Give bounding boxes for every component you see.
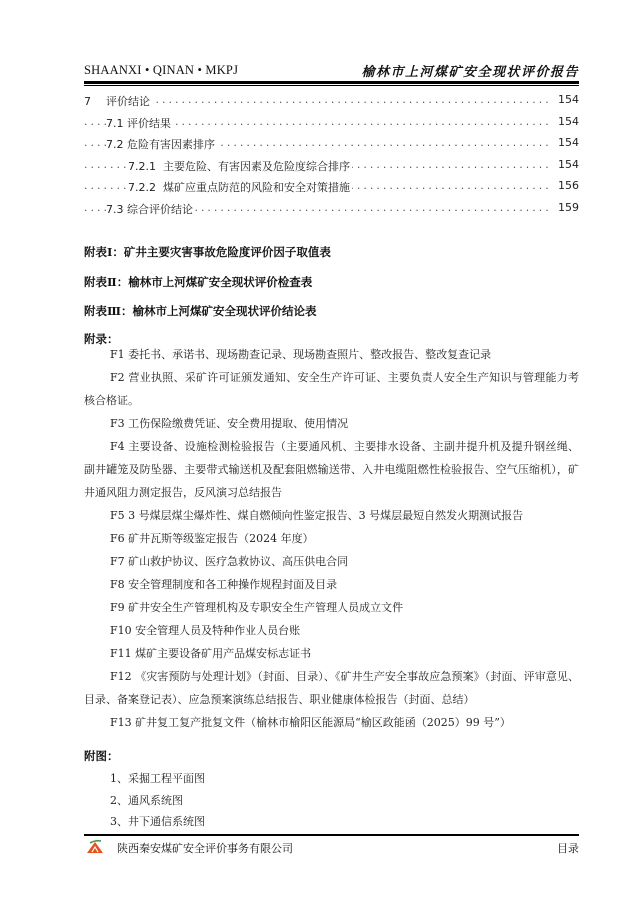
appendix-item: F5 3 号煤层煤尘爆炸性、煤自燃倾向性鉴定报告、3 号煤层最短自然发火期测试报… — [84, 504, 579, 527]
toc-page: 154 — [555, 136, 579, 149]
toc-entry[interactable]: ........................................… — [84, 198, 579, 220]
toc-number: 7.2.2 — [128, 181, 156, 194]
page-header: SHAANXI • QINAN • MKPJ 榆林市上河煤矿安全现状评价报告 — [84, 60, 579, 80]
figure-item: 1、采掘工程平面图 — [110, 770, 205, 786]
header-report-title: 榆林市上河煤矿安全现状评价报告 — [361, 61, 579, 80]
toc-title: 煤矿应重点防范的风险和安全对策措施 — [163, 181, 350, 194]
figures-heading: 附图： — [84, 748, 119, 764]
figure-item: 2、通风系统图 — [110, 792, 183, 808]
appendix-list: F1 委托书、承诺书、现场勘查记录、现场勘查照片、整改报告、整改复查记录 F2 … — [84, 343, 579, 734]
toc-number: 7.3 — [106, 203, 124, 216]
appendix-item: F12 《灾害预防与处理计划》（封面、目录）、《矿井生产安全事故应急预案》（封面… — [84, 665, 579, 711]
footer-rule — [84, 834, 579, 836]
appendix-item: F9 矿井安全生产管理机构及专职安全生产管理人员成立文件 — [84, 596, 579, 619]
header-rule-thick — [84, 81, 579, 84]
toc-title: 评价结果 — [127, 117, 171, 130]
toc-page: 154 — [555, 158, 579, 171]
toc-title: 综合评价结论 — [127, 203, 193, 216]
appendix-item: F8 安全管理制度和各工种操作规程封面及目录 — [84, 573, 579, 596]
appendix-item: F3 工伤保险缴费凭证、安全费用提取、使用情况 — [84, 412, 579, 435]
figure-item: 3、井下通信系统图 — [110, 813, 205, 829]
toc-entry[interactable]: ........................................… — [84, 90, 579, 112]
toc-number: 7.1 — [106, 117, 124, 130]
footer-section-label: 目录 — [557, 840, 579, 856]
appendix-item: F6 矿井瓦斯等级鉴定报告（2024 年度） — [84, 527, 579, 550]
document-page: SHAANXI • QINAN • MKPJ 榆林市上河煤矿安全现状评价报告 .… — [0, 0, 636, 900]
toc-number: 7.2.1 — [128, 160, 156, 173]
appendix-item: F13 矿井复工复产批复文件（榆林市榆阳区能源局“榆区政能函（2025）99 号… — [84, 711, 579, 734]
toc-leader: ........................................… — [84, 93, 551, 106]
toc-page: 159 — [555, 201, 579, 214]
toc-number: 7 — [84, 95, 106, 108]
company-logo-icon — [86, 840, 104, 854]
toc-title: 危险有害因素排序 — [127, 138, 215, 151]
attached-table-2: 附表Ⅱ：榆林市上河煤矿安全现状评价检查表 — [84, 274, 312, 290]
appendix-item: F1 委托书、承诺书、现场勘查记录、现场勘查照片、整改报告、整改复查记录 — [84, 343, 579, 366]
attached-table-1: 附表Ⅰ：矿井主要灾害事故危险度评价因子取值表 — [84, 244, 331, 260]
toc-number: 7.2 — [106, 138, 124, 151]
appendix-item: F10 安全管理人员及特种作业人员台账 — [84, 619, 579, 642]
toc-page: 154 — [555, 115, 579, 128]
header-org-code: SHAANXI • QINAN • MKPJ — [84, 63, 238, 78]
header-rule-thin — [84, 85, 579, 86]
toc-title: 评价结论 — [106, 95, 150, 108]
toc-entry[interactable]: ........................................… — [84, 133, 579, 155]
appendix-item: F4 主要设备、设施检测检验报告（主要通风机、主要排水设备、主副井提升机及提升钢… — [84, 435, 579, 504]
appendix-item: F11 煤矿主要设备矿用产品煤安标志证书 — [84, 642, 579, 665]
toc-entry[interactable]: ........................................… — [84, 176, 579, 198]
toc-page: 156 — [555, 179, 579, 192]
appendix-item: F7 矿山救护协议、医疗急救协议、高压供电合同 — [84, 550, 579, 573]
attached-table-3: 附表Ⅲ：榆林市上河煤矿安全现状评价结论表 — [84, 303, 317, 319]
page-footer: 陕西秦安煤矿安全评价事务有限公司 目录 — [84, 838, 579, 858]
toc-page: 154 — [555, 93, 579, 106]
appendix-item: F2 营业执照、采矿许可证颁发通知、安全生产许可证、主要负责人安全生产知识与管理… — [84, 366, 579, 412]
table-of-contents: ........................................… — [84, 90, 579, 219]
toc-title: 主要危险、有害因素及危险度综合排序 — [163, 160, 350, 173]
footer-company-name: 陕西秦安煤矿安全评价事务有限公司 — [117, 840, 293, 856]
toc-entry[interactable]: ........................................… — [84, 112, 579, 134]
toc-entry[interactable]: ........................................… — [84, 155, 579, 177]
